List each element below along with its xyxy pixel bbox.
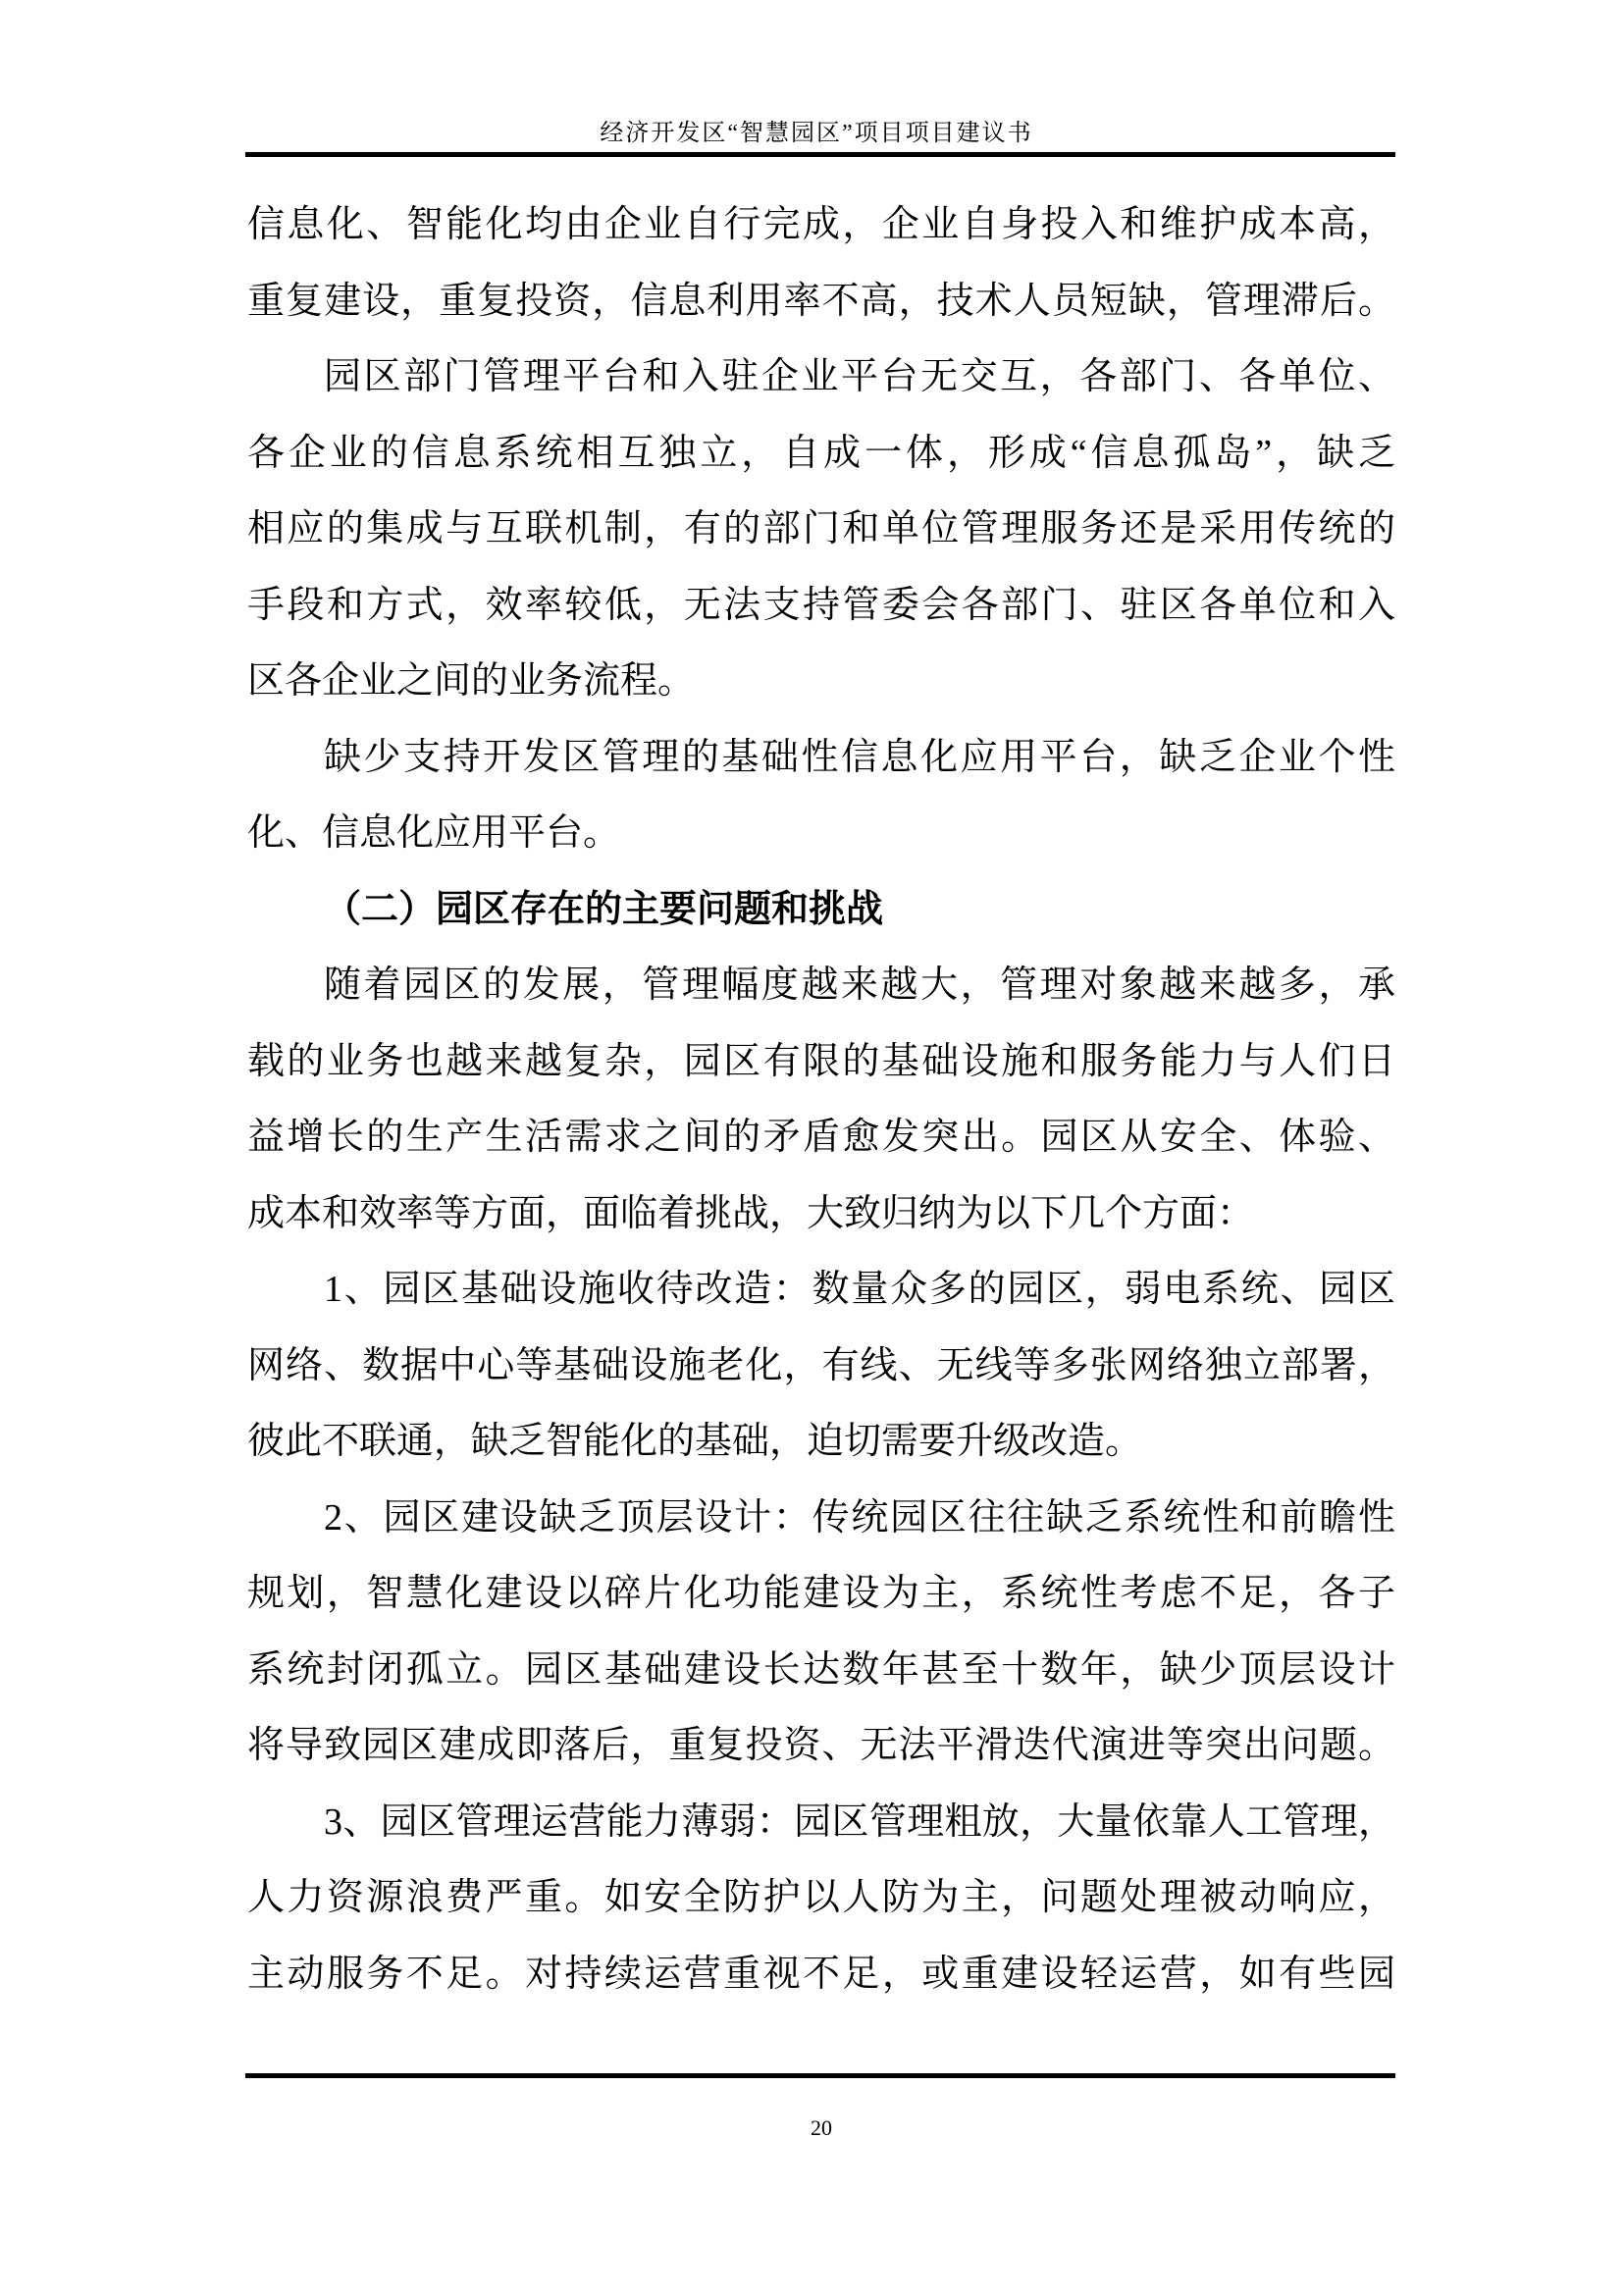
text-line: 相应的集成与互联机制，有的部门和单位管理服务还是采用传统的 [247,492,1395,568]
page-number: 20 [247,2114,1395,2142]
text-line: 主动服务不足。对持续运营重视不足，或重建设轻运营，如有些园 [247,1937,1395,2013]
document-page: 经济开发区“智慧园区”项目项目建议书 信息化、智能化均由企业自行完成，企业自身投… [0,0,1624,2295]
text-line: 载的业务也越来越复杂，园区有限的基础设施和服务能力与人们日 [247,1024,1395,1101]
text-line: 信息化、智能化均由企业自行完成，企业自身投入和维护成本高， [247,187,1395,264]
text-line: 1、园区基础设施收待改造：数量众多的园区，弱电系统、园区 [247,1252,1395,1329]
text-line: 将导致园区建成即落后，重复投资、无法平滑迭代演进等突出问题。 [247,1708,1395,1785]
text-line: 彼此不联通，缺乏智能化的基础，迫切需要升级改造。 [247,1404,1395,1481]
text-line: 区各企业之间的业务流程。 [247,644,1395,720]
text-line: 各企业的信息系统相互独立，自成一体，形成“信息孤岛”，缺乏 [247,416,1395,493]
text-line: 随着园区的发展，管理幅度越来越大，管理对象越来越多，承 [247,948,1395,1024]
text-line: 益增长的生产生活需求之间的矛盾愈发突出。园区从安全、体验、 [247,1100,1395,1176]
text-line: 人力资源浪费严重。如安全防护以人防为主，问题处理被动响应， [247,1860,1395,1937]
text-line: 园区部门管理平台和入驻企业平台无交互，各部门、各单位、 [247,339,1395,416]
section-heading: （二）园区存在的主要问题和挑战 [247,872,1395,949]
text-line: 网络、数据中心等基础设施老化，有线、无线等多张网络独立部署， [247,1329,1395,1405]
page-header-title: 经济开发区“智慧园区”项目项目建议书 [237,119,1395,148]
footer-rule [245,2073,1395,2078]
text-line: 化、信息化应用平台。 [247,796,1395,872]
text-line: 3、园区管理运营能力薄弱：园区管理粗放，大量依靠人工管理， [247,1785,1395,1861]
header-rule [245,152,1395,157]
text-line: 手段和方式，效率较低，无法支持管委会各部门、驻区各单位和入 [247,568,1395,645]
text-line: 2、园区建设缺乏顶层设计：传统园区往往缺乏系统性和前瞻性 [247,1481,1395,1557]
document-body: 信息化、智能化均由企业自行完成，企业自身投入和维护成本高，重复建设，重复投资，信… [247,187,1395,2012]
text-line: 系统封闭孤立。园区基础建设长达数年甚至十数年，缺少顶层设计 [247,1633,1395,1709]
text-line: 规划，智慧化建设以碎片化功能建设为主，系统性考虑不足，各子 [247,1556,1395,1633]
text-line: 成本和效率等方面，面临着挑战，大致归纳为以下几个方面： [247,1176,1395,1253]
text-line: 重复建设，重复投资，信息利用率不高，技术人员短缺，管理滞后。 [247,264,1395,340]
text-line: 缺少支持开发区管理的基础性信息化应用平台，缺乏企业个性 [247,720,1395,797]
